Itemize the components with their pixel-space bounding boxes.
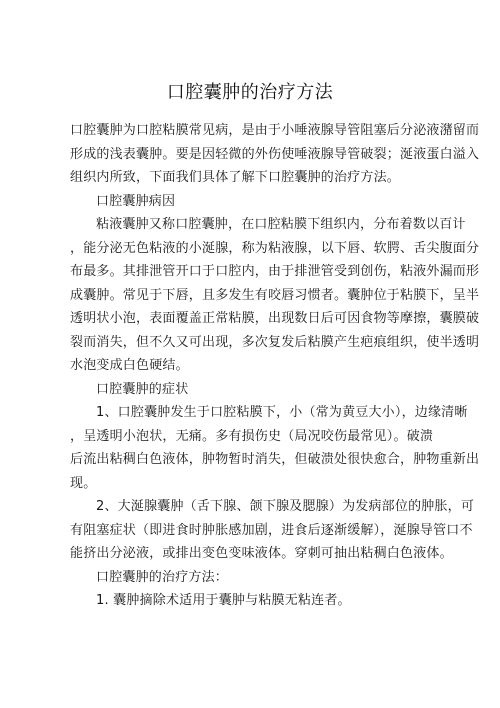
paragraph-line: 粘液囊肿又称口腔囊肿，在口腔粘膜下组织内，分布着数以百计 — [70, 213, 430, 237]
paragraph-line: 组织内所致，下面我们具体了解下口腔囊肿的治疗方法。 — [70, 166, 430, 190]
paragraph-line: 成囊肿。常见于下唇，且多发生有咬唇习惯者。囊肿位于粘膜下，呈半 — [70, 284, 430, 308]
paragraph-line: 形成的浅表囊肿。要是因轻微的外伤使唾液腺导管破裂；涎液蛋白溢入 — [70, 143, 430, 167]
paragraph-line: ，呈透明小泡状，无痛。多有损伤史（局况咬伤最常见）。破溃 — [70, 425, 430, 449]
paragraph-line: 水泡变成白色硬结。 — [70, 354, 430, 378]
document-title: 口腔囊肿的治疗方法 — [0, 80, 500, 106]
document-body: 口腔囊肿为口腔粘膜常见病，是由于小唾液腺导管阻塞后分泌液潴留而 形成的浅表囊肿。… — [70, 119, 430, 613]
paragraph-line: 布最多。其排泄管开口于口腔内，由于排泄管受到创伤，粘液外漏而形 — [70, 260, 430, 284]
paragraph-line: 1. 囊肿摘除术适用于囊肿与粘膜无粘连者。 — [70, 589, 430, 613]
document-page: 口腔囊肿的治疗方法 口腔囊肿为口腔粘膜常见病，是由于小唾液腺导管阻塞后分泌液潴留… — [0, 0, 500, 708]
paragraph-line: 能挤出分泌液，或排出变色变味液体。穿刺可抽出粘稠白色液体。 — [70, 542, 430, 566]
paragraph-line: 1、口腔囊肿发生于口腔粘膜下，小（常为黄豆大小），边缘清晰 — [70, 401, 430, 425]
section-heading-cause: 口腔囊肿病因 — [70, 190, 430, 214]
paragraph-line: 现。 — [70, 472, 430, 496]
paragraph-line: 2、大涎腺囊肿（舌下腺、颌下腺及腮腺）为发病部位的肿胀，可 — [70, 495, 430, 519]
paragraph-line: 透明状小泡，表面覆盖正常粘膜，出现数日后可因食物等摩擦，囊膜破 — [70, 307, 430, 331]
paragraph-line: ，能分泌无色粘液的小涎腺，称为粘液腺，以下唇、软腭、舌尖腹面分 — [70, 237, 430, 261]
paragraph-line: 有阻塞症状（即进食时肿胀感加剧，进食后逐渐缓解），涎腺导管口不 — [70, 519, 430, 543]
section-heading-treatment: 口腔囊肿的治疗方法： — [70, 566, 430, 590]
paragraph-line: 后流出粘稠白色液体，肿物暂时消失，但破溃处很快愈合，肿物重新出 — [70, 448, 430, 472]
paragraph-line: 裂而消失，但不久又可出现，多次复发后粘膜产生疤痕组织，使半透明 — [70, 331, 430, 355]
section-heading-symptoms: 口腔囊肿的症状 — [70, 378, 430, 402]
paragraph-line: 口腔囊肿为口腔粘膜常见病，是由于小唾液腺导管阻塞后分泌液潴留而 — [70, 119, 430, 143]
